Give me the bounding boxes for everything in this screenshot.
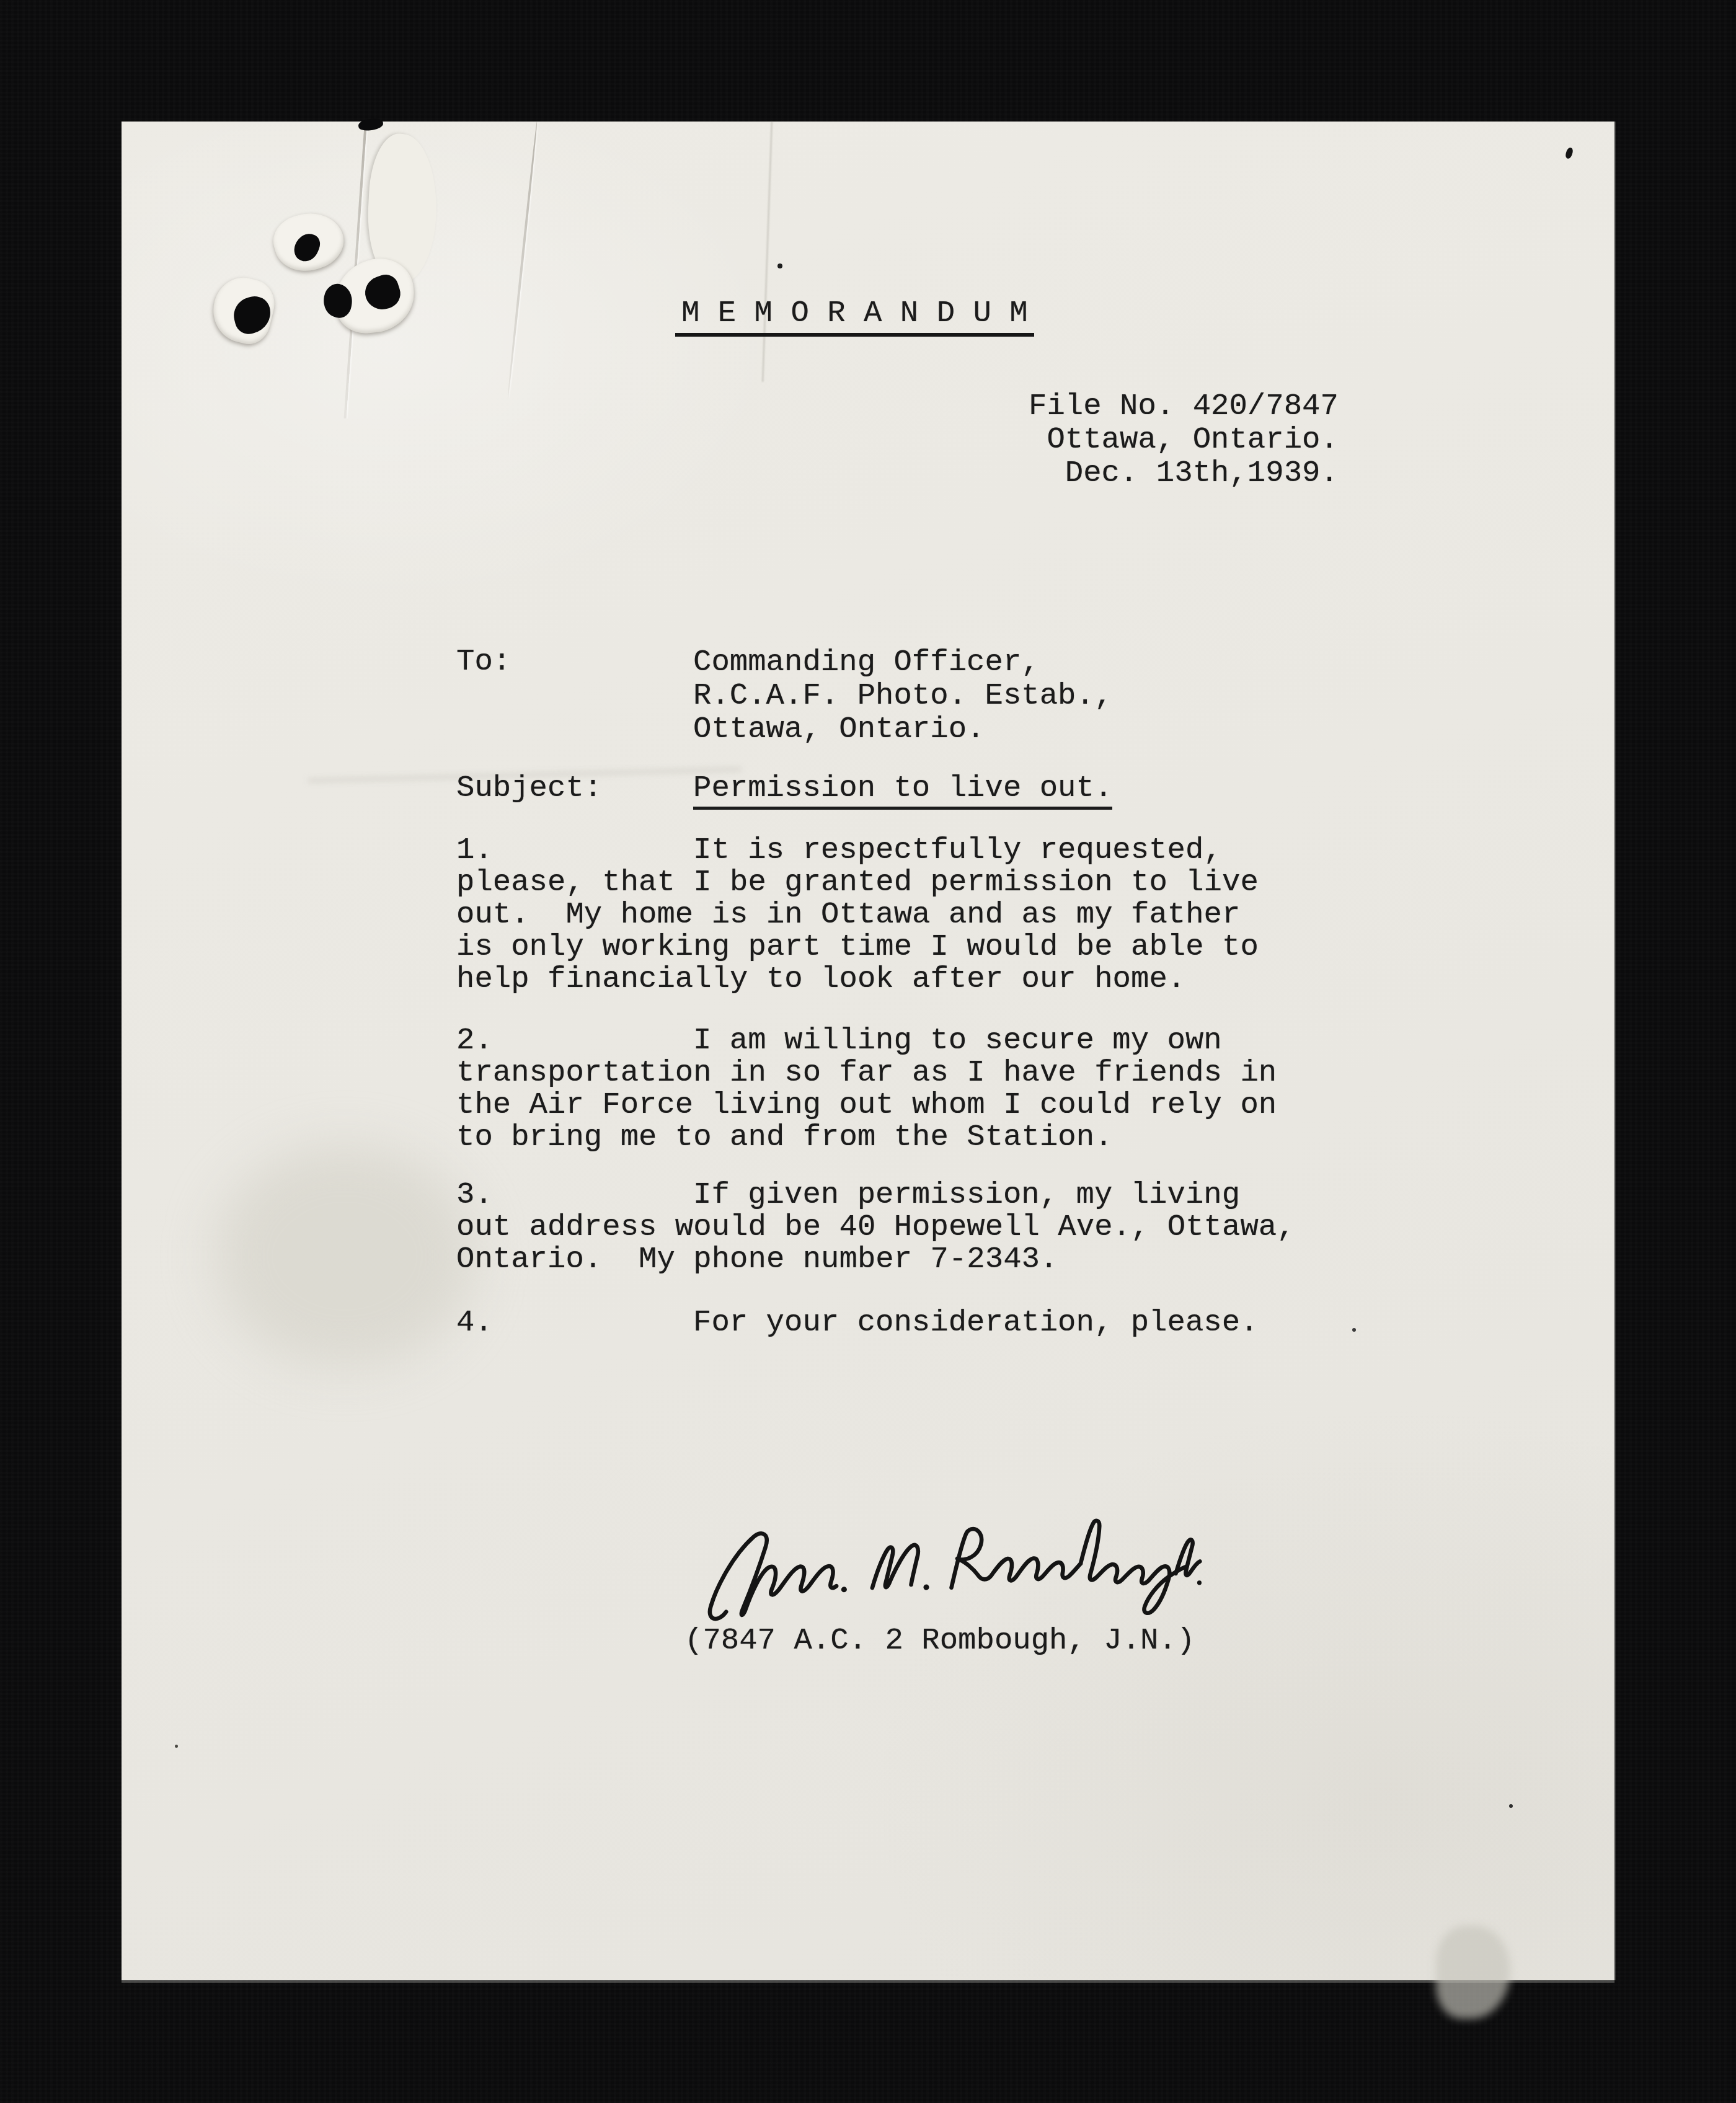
to-label: To: [456,645,693,678]
tear-flap [331,255,418,337]
torn-corner [122,122,568,481]
to-row: To: Commanding Officer, R.C.A.F. Photo. … [456,645,1112,746]
paragraph-number: 3. [456,1179,493,1211]
paper-stain [215,1144,475,1368]
subject-row: Subject: Permission to live out. [456,772,1112,810]
tear-hole [230,293,275,337]
file-info-block: File No. 420/7847 Ottawa, Ontario. Dec. … [1029,389,1339,490]
tear-flap [365,132,440,284]
memo-page: M E M O R A N D U M File No. 420/7847 Ot… [122,122,1614,1980]
paragraph-text: I am willing to secure my own transporta… [456,1024,1424,1153]
tear-flap [206,272,280,348]
paragraph: 1. It is respectfully requested, please,… [456,834,1424,995]
paragraph: 3. If given permission, my living out ad… [456,1179,1424,1275]
tear-hole [321,281,355,319]
paper-crease [762,122,773,382]
ink-speck [1564,147,1574,159]
subject-value: Permission to live out. [693,772,1112,810]
paragraph: 4. For your consideration, please. [456,1306,1424,1339]
tear-hole [361,272,404,314]
typed-signature-line: (7847 A.C. 2 Rombough, J.N.) [684,1624,1195,1657]
tear-flap [267,205,350,278]
paragraph-text: For your consideration, please. [456,1306,1424,1339]
tear-hole [291,230,323,265]
ink-speck [175,1745,178,1748]
tear-crease-line [507,122,538,399]
ink-speck [1509,1804,1513,1808]
paragraph-text: It is respectfully requested, please, th… [456,834,1424,995]
memo-title: M E M O R A N D U M [675,297,1034,337]
paragraph-number: 2. [456,1024,493,1056]
to-address: Commanding Officer, R.C.A.F. Photo. Esta… [693,645,1112,746]
paragraph: 2. I am willing to secure my own transpo… [456,1024,1424,1153]
tear-crease-line [344,122,367,418]
paragraph-text: If given permission, my living out addre… [456,1179,1424,1275]
paragraph-number: 1. [456,834,493,866]
paragraph-number: 4. [456,1306,493,1339]
ink-speck [777,263,782,268]
subject-label: Subject: [456,772,693,804]
